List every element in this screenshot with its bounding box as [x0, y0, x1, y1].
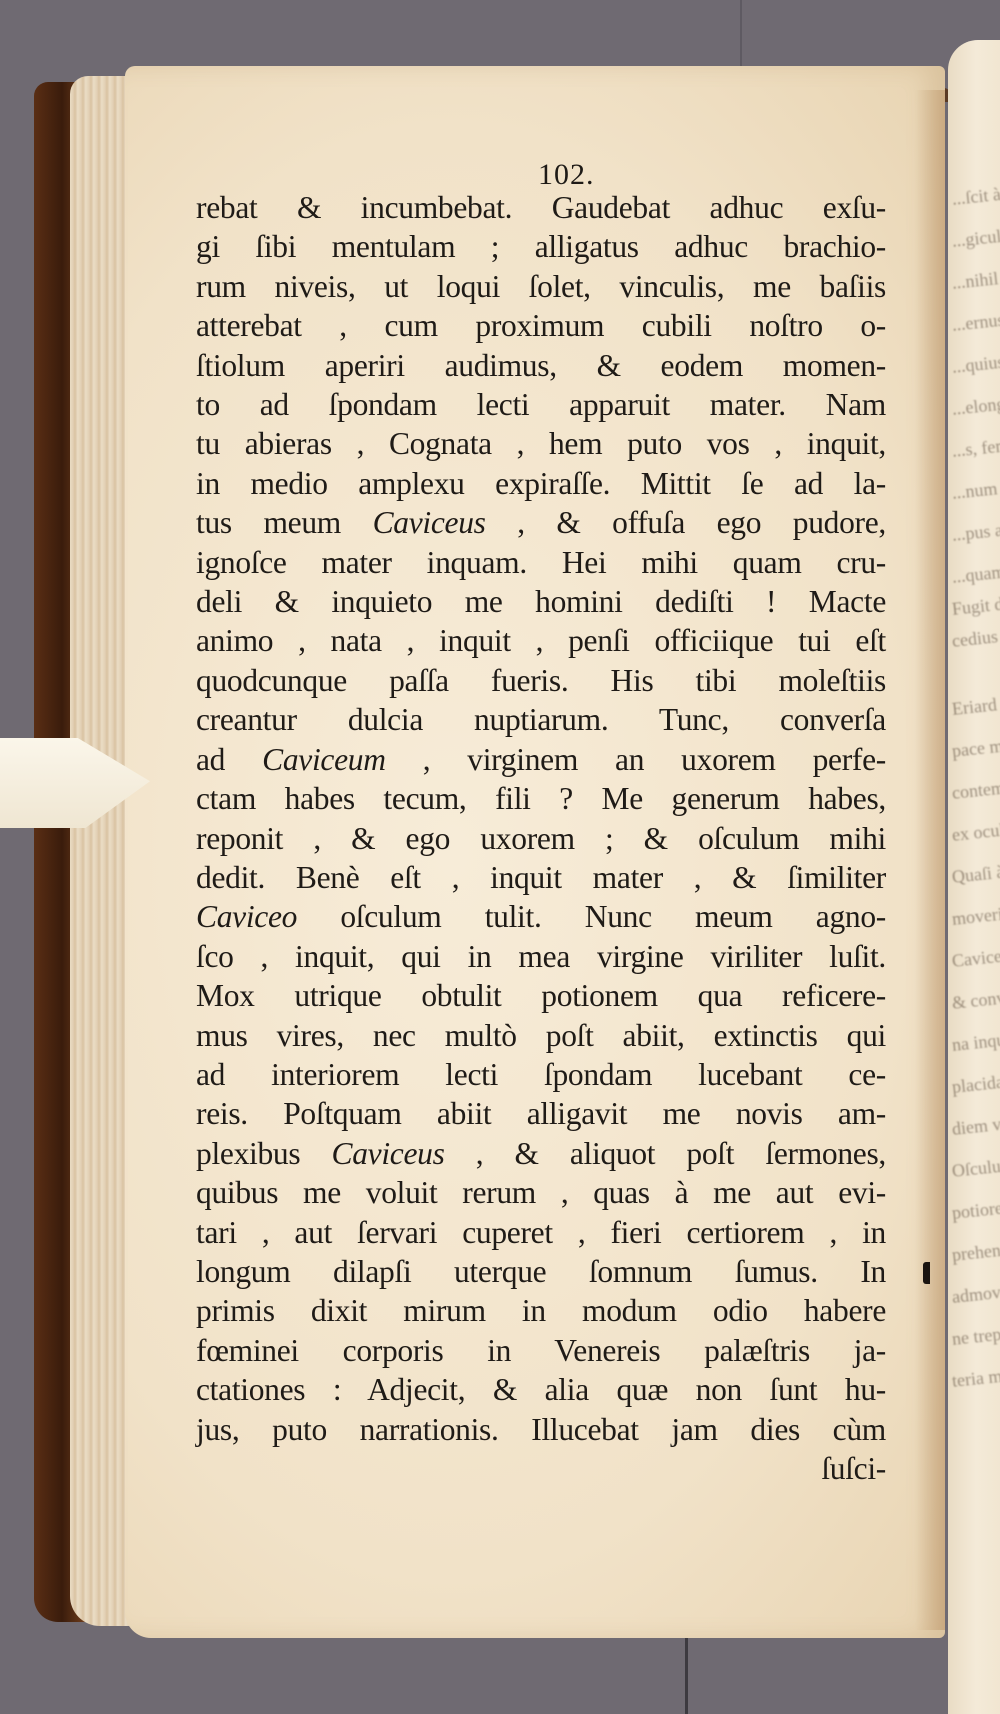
text-segment: oſculum tulit. Nunc meum agno-: [297, 899, 886, 934]
text-line: plexibus Caviceus , & aliquot poſt ſermo…: [196, 1134, 886, 1173]
text-line: gi ſibi mentulam ; alligatus adhuc brach…: [196, 227, 886, 266]
text-line: fœminei corporis in Venereis palæſtris j…: [196, 1331, 886, 1370]
facing-page-text: Oſculum dat: [951, 1155, 1000, 1180]
text-line: reponit , & ego uxorem ; & oſculum mihi: [196, 819, 886, 858]
text-line: atterebat , cum proximum cubili noſtro o…: [196, 306, 886, 345]
text-segment: , & aliquot poſt ſermones,: [445, 1136, 886, 1171]
text-segment: , & offuſa ego pudore,: [486, 505, 886, 540]
text-line: to ad ſpondam lecti apparuit mater. Nam: [196, 385, 886, 424]
text-line: tus meum Caviceus , & offuſa ego pudore,: [196, 503, 886, 542]
facing-page-text: ...s, femora craſſ: [951, 435, 1000, 460]
text-line: ctam habes tecum, fili ? Me generum habe…: [196, 779, 886, 818]
text-segment: plexibus: [196, 1136, 332, 1171]
text-line: Caviceo oſculum tulit. Nunc meum agno-: [196, 897, 886, 936]
text-line: ſtiolum aperiri audimus, & eodem momen-: [196, 346, 886, 385]
facing-page-text: diem vidi, jam: [951, 1113, 1000, 1138]
italic-name: Caviceus: [373, 505, 486, 540]
catchword: ſuſci-: [196, 1449, 886, 1488]
text-line: ad Caviceum , virginem an uxorem perfe-: [196, 740, 886, 779]
text-line: jus, puto narrationis. Illucebat jam die…: [196, 1410, 886, 1449]
text-segment: tus meum: [196, 505, 373, 540]
text-line: quibus me voluit rerum , quas à me aut e…: [196, 1173, 886, 1212]
text-segment: , virginem an uxorem perfe-: [386, 742, 886, 777]
text-line: creantur dulcia nuptiarum. Tunc, converſ…: [196, 700, 886, 739]
page-stack-edge: [70, 76, 132, 1626]
text-line: primis dixit mirum in modum odio habere: [196, 1291, 886, 1330]
facing-page-text: ...ſcit à ſummo: [951, 183, 1000, 208]
facing-page-text: admovet com: [951, 1281, 1000, 1306]
facing-page-text: Eriard in: [951, 693, 1000, 718]
text-line: ignoſce mater inquam. Hei mihi quam cru-: [196, 543, 886, 582]
text-line: tu abieras , Cognata , hem puto vos , in…: [196, 424, 886, 463]
body-text: rebat & incumbebat. Gaudebat adhuc exſu-…: [196, 188, 886, 1488]
text-line: ctationes : Adjecit, & alia quæ non ſunt…: [196, 1370, 886, 1409]
facing-page-text: ...pus albo, minu: [951, 519, 1000, 544]
facing-page-text: ...nihil emeritu: [951, 267, 1000, 292]
text-line: dedit. Benè eſt , inquit mater , & ſimil…: [196, 858, 886, 897]
facing-page-text: & converſus a: [951, 987, 1000, 1012]
italic-name: Caviceus: [332, 1136, 445, 1171]
text-line: longum dilapſi uterque ſomnum ſumus. In: [196, 1252, 886, 1291]
italic-name: Caviceum: [262, 742, 386, 777]
facing-page-text: placidam qui: [951, 1071, 1000, 1096]
facing-page-text: moveri cœpi: [951, 903, 1000, 928]
facing-page-text: ...elonga, rotund: [951, 393, 1000, 418]
ink-mark: [923, 1262, 930, 1284]
facing-page-text: ne trepides. Si: [951, 1323, 1000, 1348]
text-line: reis. Poſtquam abiit alligavit me novis …: [196, 1094, 886, 1133]
text-line: Mox utrique obtulit potionem qua reficer…: [196, 976, 886, 1015]
text-line: in medio amplexu expiraſſe. Mittit ſe ad…: [196, 464, 886, 503]
text-line: ſco , inquit, qui in mea virgine virilit…: [196, 937, 886, 976]
facing-page-text: ...quam marmo: [951, 561, 1000, 586]
facing-page-text: Quaſi à Do: [951, 861, 1000, 886]
facing-page-text: teria mo: [951, 1365, 1000, 1390]
text-line: rebat & incumbebat. Gaudebat adhuc exſu-: [196, 188, 886, 227]
facing-page-text: pace minax: [951, 735, 1000, 760]
facing-page-text: cedius Cavice: [951, 625, 1000, 650]
text-line: ad interiorem lecti ſpondam lucebant ce-: [196, 1055, 886, 1094]
italic-name: Caviceo: [196, 899, 297, 934]
text-line: tari , aut ſervari cuperet , fieri certi…: [196, 1213, 886, 1252]
page-gutter-shadow: [915, 90, 945, 1630]
facing-page-text: ...ernus ternis: [951, 309, 1000, 334]
facing-page-text: na inquit. Cu: [951, 1029, 1000, 1054]
facing-page: ...ſcit à ſummo...giculis tribus...nihil…: [948, 40, 1000, 1714]
facing-page-text: ...num graciles,: [951, 477, 1000, 502]
facing-page-text: Fugit diligen: [951, 593, 1000, 618]
text-line: mus vires, nec multò poſt abiit, extinct…: [196, 1016, 886, 1055]
facing-page-text: prehendit. Cu: [951, 1239, 1000, 1264]
facing-page-text: potiorem uter: [951, 1197, 1000, 1222]
facing-page-text: Caviceo abrup: [951, 945, 1000, 970]
text-line: rum niveis, ut loqui ſolet, vinculis, me…: [196, 267, 886, 306]
page-number: 102.: [538, 158, 595, 192]
facing-page-text: ...giculis tribus: [951, 225, 1000, 250]
text-line: animo , nata , inquit , penſi officiique…: [196, 621, 886, 660]
text-line: deli & inquieto me homini dediſti ! Mact…: [196, 582, 886, 621]
facing-page-text: ex oculis m: [951, 819, 1000, 844]
text-segment: ad: [196, 742, 262, 777]
facing-page-text: contemplo: [951, 777, 1000, 802]
text-line: quodcunque paſſa fueris. His tibi moleſt…: [196, 661, 886, 700]
facing-page-text: ...quius, pectus: [951, 351, 1000, 376]
